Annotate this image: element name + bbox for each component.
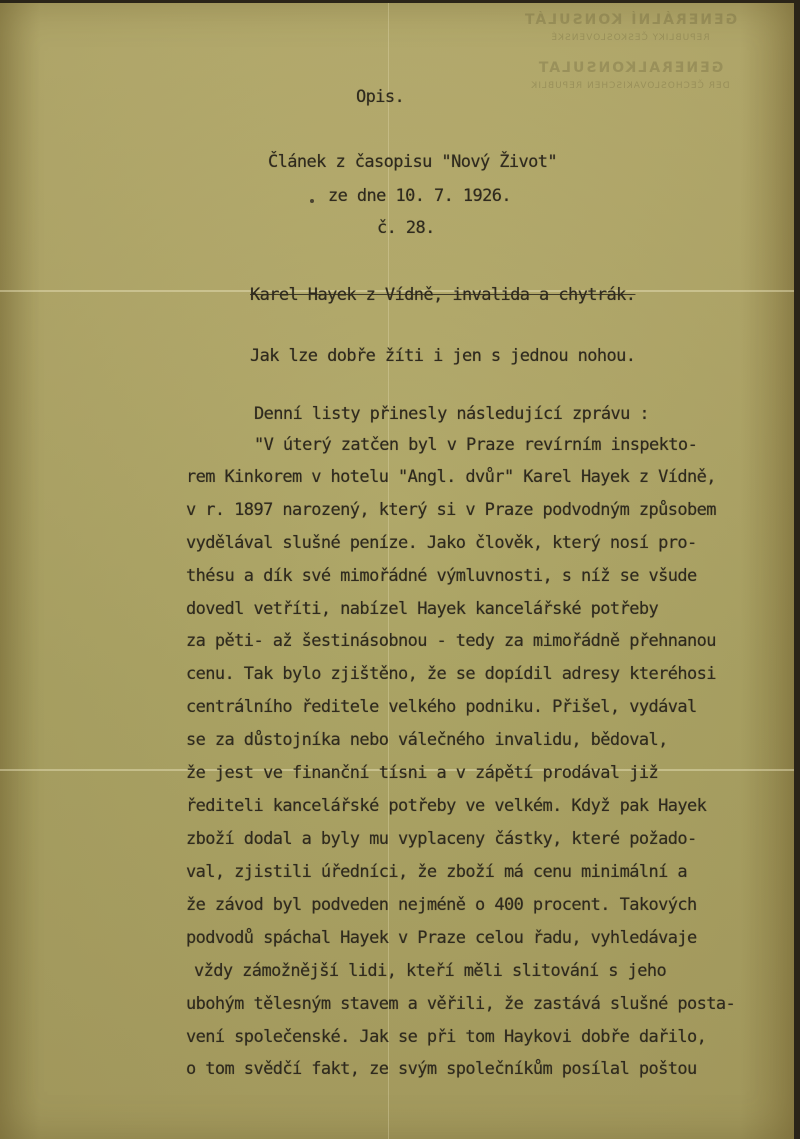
date-line: ze dne 10. 7. 1926. <box>328 186 511 206</box>
body-line: thésu a dík své mimořádné výmluvnosti, s… <box>186 566 697 586</box>
body-line: o tom svědčí fakt, ze svým společníkům p… <box>186 1059 697 1079</box>
body-line: vydělával slušné peníze. Jako člověk, kt… <box>186 533 697 553</box>
body-line: za pěti- až šestinásobnou - tedy za mimo… <box>186 631 716 651</box>
body-line: podvodů spáchal Hayek v Praze celou řadu… <box>186 928 697 948</box>
body-line: že závod byl podveden nejméně o 400 proc… <box>186 895 697 915</box>
ghost-stamp-line: REPUBLIKY ČESKOSLOVENSKÉ <box>500 29 760 47</box>
article-title: Karel Hayek z Vídně, invalida a chytrák. <box>250 285 635 305</box>
ghost-stamp-line: GENERÁLNÍ KONSULÁT <box>500 11 760 29</box>
ghost-stamp-line: GENERALKONSULAT <box>500 59 760 77</box>
body-line: vždy zámožnější lidi, kteří měli slitová… <box>194 961 666 981</box>
body-line: val, zjistili úředníci, že zboží má cenu… <box>186 862 687 882</box>
copy-label: Opis. <box>356 87 404 107</box>
article-subtitle: Jak lze dobře žíti i jen s jednou nohou. <box>250 346 635 366</box>
issue-number: č. 28. <box>377 218 435 238</box>
body-line: ubohým tělesným stavem a věřili, že zast… <box>186 994 735 1014</box>
body-line: řediteli kancelářské potřeby ve velkém. … <box>186 796 706 816</box>
body-line: se za důstojníka nebo válečného invalidu… <box>186 730 668 750</box>
body-line: rem Kinkorem v hotelu "Angl. dvůr" Karel… <box>186 467 716 487</box>
body-line: cenu. Tak bylo zjištěno, že se dopídil a… <box>186 664 716 684</box>
ghost-stamp-line: DER ČECHOSLOVAKISCHEN REPUBLIK <box>500 77 760 95</box>
body-line: centrálního ředitele velkého podniku. Př… <box>186 697 697 717</box>
body-line: vení společenské. Jak se při tom Haykovi… <box>186 1027 706 1047</box>
ghost-stamp-show-through: GENERÁLNÍ KONSULÁT REPUBLIKY ČESKOSLOVEN… <box>500 11 760 95</box>
ink-dot <box>310 199 314 203</box>
body-line: zboží dodal a byly mu vyplaceny částky, … <box>186 829 697 849</box>
source-line: Článek z časopisu "Nový Život" <box>268 152 557 172</box>
body-line: dovedl vetříti, nabízel Hayek kancelářsk… <box>186 599 658 619</box>
body-line: že jest ve finanční tísni a v zápětí pro… <box>186 763 658 783</box>
body-line: v r. 1897 narozený, který si v Praze pod… <box>186 500 716 520</box>
document-page: GENERÁLNÍ KONSULÁT REPUBLIKY ČESKOSLOVEN… <box>0 3 794 1139</box>
body-line: "V úterý zatčen byl v Praze revírním ins… <box>254 435 697 455</box>
body-line: Denní listy přinesly následující zprávu … <box>254 404 649 424</box>
